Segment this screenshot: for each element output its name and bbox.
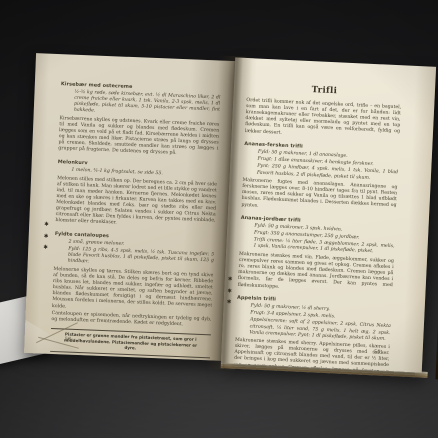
star-icon: ✱ <box>227 288 232 294</box>
star-icon: ✱ <box>228 276 233 282</box>
recipe-body: Kirsebærrene skylles og udstenes. Kvark … <box>58 116 219 159</box>
recipe-body: Melonen stilles med stilken op. Der bere… <box>55 176 217 231</box>
left-page-face: Kirsebær med ostecreme ½-¾ kg røde, søde… <box>24 53 235 361</box>
ingredient-block: Fyld: 50 g makroner, 1 dl ananaslage. Fr… <box>243 149 399 183</box>
star-icon: ✱ <box>43 245 48 251</box>
right-page-face: Trifli Ordet trifli kommer nok af det en… <box>221 57 436 372</box>
left-page-text: Kirsebær med ostecreme ½-¾ kg røde, søde… <box>24 53 235 361</box>
star-icon: ✱ <box>44 222 49 228</box>
page-number-right: 57 <box>374 349 381 355</box>
photo-scene: Kirsebær med ostecreme ½-¾ kg røde, søde… <box>0 0 438 438</box>
ingredient-block: Fyld: 50 g makroner, 3 spsk. hvidvin. Fr… <box>239 223 395 257</box>
recipe-body: Makronerne stænkes med vin. Fløde, æggeb… <box>237 252 394 296</box>
star-icon: ✱ <box>227 299 232 305</box>
page-number-left: 56 <box>65 337 72 343</box>
recipe-body: Makronerne fugtes med ananaslagen. Anana… <box>241 178 397 216</box>
star-icon: ✱ <box>44 233 49 239</box>
recipe-body: Melonerne skylles og tørres. Stilken skæ… <box>52 267 214 316</box>
book-left-page: Kirsebær med ostecreme ½-¾ kg røde, søde… <box>24 53 235 361</box>
right-page-text: Trifli Ordet trifli kommer nok af det en… <box>221 57 436 372</box>
ingredient-block: Fyld: 50 g makroner, ½ dl sherry. Frugt:… <box>235 303 391 343</box>
ingredient-line: ½-¾ kg røde, søde kirsebær, evt. ½ dl Ma… <box>60 89 221 120</box>
chapter-intro: Ordet trifli kommer nok af det engelske … <box>245 98 402 142</box>
ingredient-block: 2 små, grønne meloner. Fyld: 125 g ribs,… <box>54 239 215 271</box>
chapter-title: Trifli <box>247 84 402 97</box>
book-right-page: Trifli Ordet trifli kommer nok af det en… <box>221 57 436 372</box>
ingredient-block: ½-¾ kg røde, søde kirsebær, evt. ½ dl Ma… <box>60 89 221 120</box>
